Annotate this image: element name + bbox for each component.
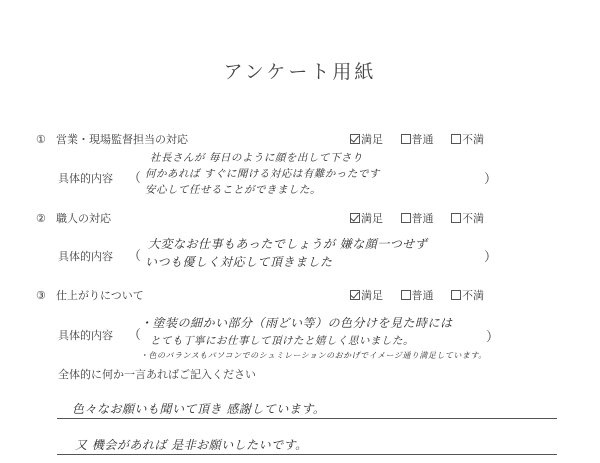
rating-option-normal[interactable]: 普通 [401,289,434,302]
checkbox-icon[interactable] [401,290,411,300]
question-1-rating: 満足 普通 不満 [350,131,498,147]
comment-prompt: 全体的に何か一言あればご記入ください [58,366,256,382]
answer-line: 大変なお仕事もあったでしょうが 嫌な顔一つせず [148,235,427,252]
question-3-rating: 満足 普通 不満 [350,287,498,303]
detail-label: 具体的内容 [58,170,113,186]
rating-option-dissatisfied[interactable]: 不満 [451,289,484,302]
question-number: ① [36,133,56,146]
detail-label: 具体的内容 [58,248,113,264]
paren-close: ） [486,326,499,345]
answer-line: とても丁寧にお仕事して頂けたと嬉しく思いました。 [150,333,414,348]
rating-option-satisfied[interactable]: 満足 [350,212,383,225]
rating-option-satisfied[interactable]: 満足 [350,289,383,302]
checkbox-icon[interactable] [401,134,411,144]
question-number: ③ [36,289,56,302]
answer-line: 社長さんが 毎日のように顔を出して下さり [150,150,363,165]
detail-label: 具体的内容 [58,327,113,343]
answer-line: ・塗装の細かい部分（雨どい等）の色分けを見た時には [140,314,453,331]
rating-option-normal[interactable]: 普通 [401,212,434,225]
paren-open: （ [128,245,141,264]
answer-line: 何かあれば すぐに聞ける対応は有難かったです [145,166,380,181]
paren-close: ） [484,246,497,265]
comment-line: 又 機会があれば 是非お願いしたいです。 [75,436,308,453]
checkbox-icon[interactable] [451,134,461,144]
question-2-rating: 満足 普通 不満 [350,210,498,226]
paren-open: （ [128,167,141,186]
question-title: 仕上がりについて [56,289,144,302]
answer-line: 安心して任せることができました。 [145,182,321,197]
rating-option-satisfied[interactable]: 満足 [350,133,383,146]
question-1-heading: ①営業・現場監督担当の対応 [36,131,188,147]
checkbox-checked-icon[interactable] [350,290,360,300]
question-number: ② [36,212,56,225]
checkbox-icon[interactable] [451,290,461,300]
page-title: アンケート用紙 [0,57,600,84]
checkbox-checked-icon[interactable] [350,134,360,144]
checkbox-icon[interactable] [401,213,411,223]
checkbox-checked-icon[interactable] [350,213,360,223]
rating-option-dissatisfied[interactable]: 不満 [451,212,484,225]
question-title: 職人の対応 [56,212,111,225]
comment-underline [57,418,557,419]
rating-option-normal[interactable]: 普通 [401,133,434,146]
question-3-heading: ③仕上がりについて [36,287,144,303]
paren-close: ） [484,168,497,187]
answer-line: ・色のバランスもパソコンでのシュミレーションのおかげでイメージ通り満足しています… [140,350,487,361]
rating-option-dissatisfied[interactable]: 不満 [451,133,484,146]
comment-underline [57,454,557,455]
question-2-heading: ②職人の対応 [36,210,111,226]
answer-line: いつも優しく対応して頂きました [145,253,333,270]
comment-line: 色々なお願いも聞いて頂き 感謝しています。 [72,400,325,417]
checkbox-icon[interactable] [451,213,461,223]
question-title: 営業・現場監督担当の対応 [56,133,188,146]
